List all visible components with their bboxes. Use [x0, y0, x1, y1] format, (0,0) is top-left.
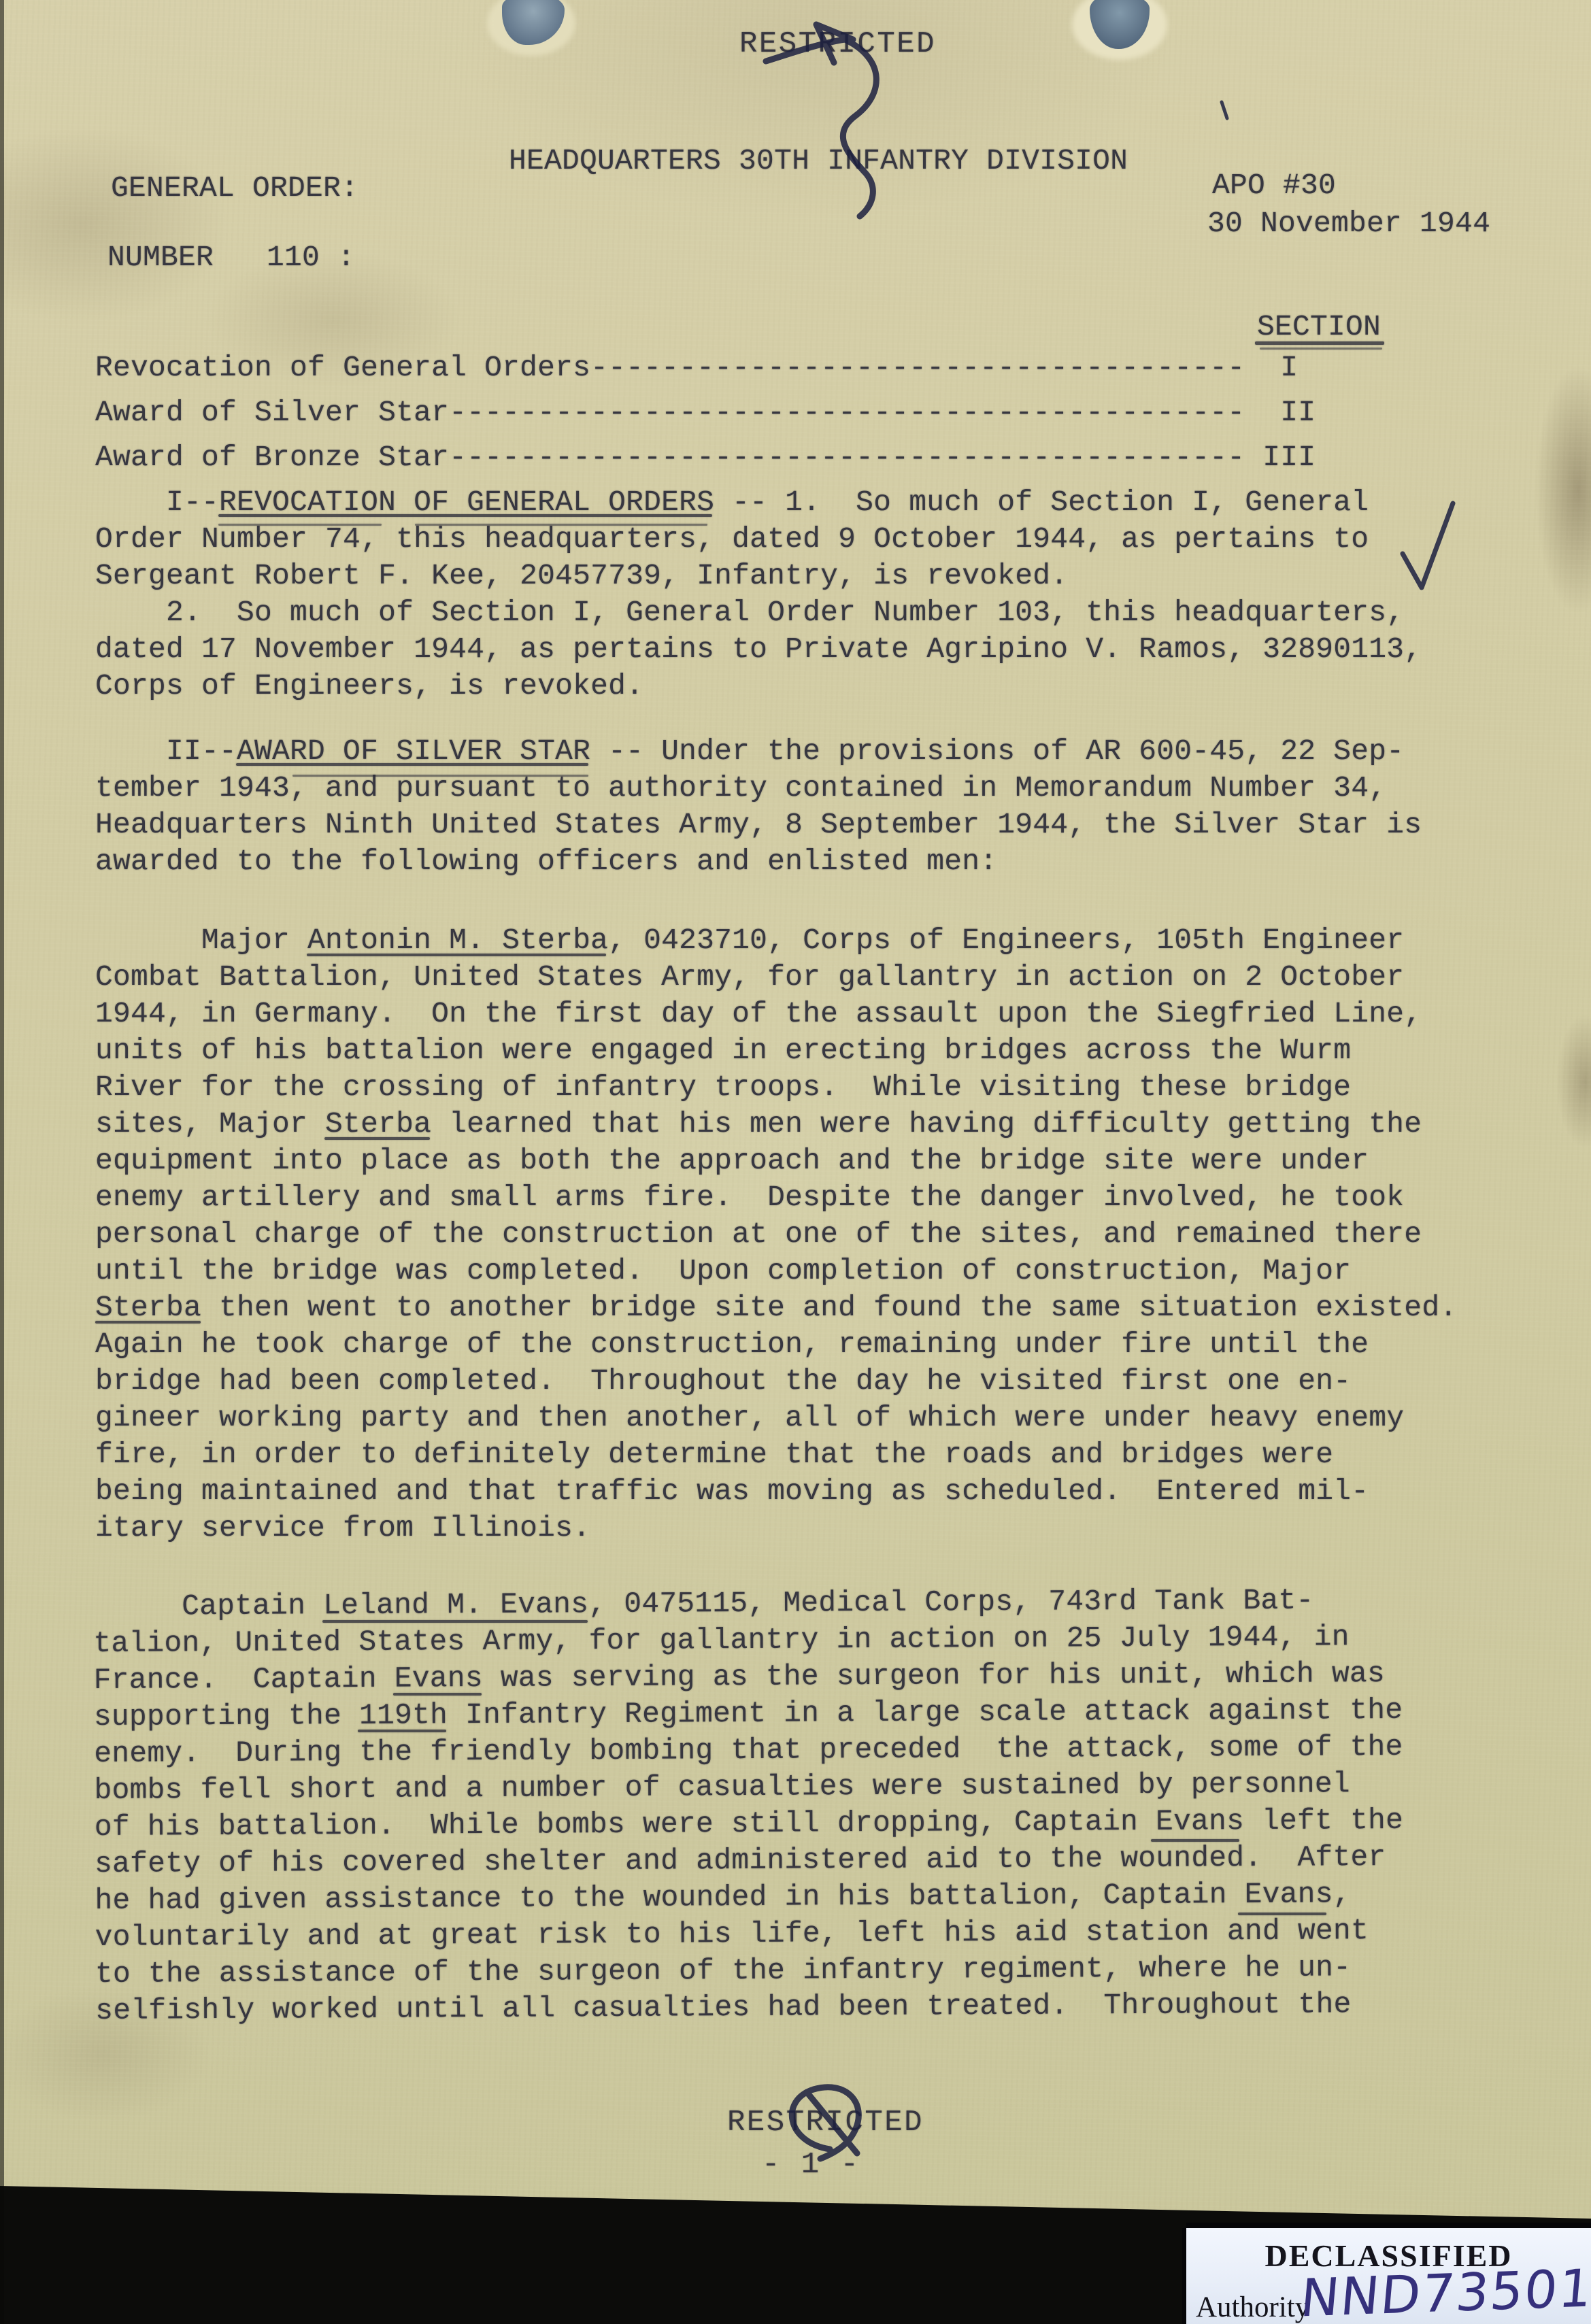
underline-mark: [1255, 341, 1384, 345]
toc-section-header: SECTION: [1257, 309, 1381, 346]
authority-label: Authority: [1196, 2291, 1309, 2324]
underline-mark: [322, 1620, 588, 1623]
apo-number: APO #30: [1212, 167, 1336, 204]
scan-left-edge: [0, 0, 4, 2324]
underline-mark: [307, 954, 606, 956]
citation-sterba-paragraph: Major Antonin M. Sterba, 0423710, Corps …: [95, 922, 1457, 1547]
order-date: 30 November 1944: [1207, 205, 1490, 242]
section-1-revocation-paragraph: I--REVOCATION OF GENERAL ORDERS -- 1. So…: [95, 484, 1422, 705]
underline-mark: [1151, 1839, 1239, 1842]
underline-mark: [95, 1321, 201, 1324]
general-order-label: GENERAL ORDER:: [111, 170, 358, 207]
underline-mark: [218, 524, 382, 526]
classification-top: RESTRICTED: [739, 26, 936, 63]
underline-mark: [1238, 1913, 1326, 1915]
scanned-document-page: RESTRICTED HEADQUARTERS 30TH INFANTRY DI…: [0, 0, 1591, 2324]
declassified-label: DECLASSIFIED Authority NND735017: [1186, 2228, 1591, 2324]
headquarters-title: HEADQUARTERS 30TH INFANTRY DIVISION: [509, 143, 1128, 180]
classification-bottom: RESTRICTED: [727, 2104, 924, 2141]
authority-number-handwritten: NND735017: [1298, 2256, 1591, 2324]
toc-rows: Revocation of General Orders------------…: [95, 346, 1316, 480]
underline-mark: [324, 1137, 430, 1140]
underline-mark: [415, 524, 707, 526]
underline-mark: [393, 1693, 482, 1696]
underline-mark: [236, 763, 588, 766]
citation-evans-paragraph: Captain Leland M. Evans, 0475115, Medica…: [93, 1582, 1405, 2030]
underline-mark: [358, 1730, 446, 1732]
underline-mark: [218, 514, 712, 517]
page-number: - 1 -: [762, 2146, 860, 2183]
order-number: NUMBER 110 :: [107, 239, 355, 276]
section-2-silver-star-intro: II--AWARD OF SILVER STAR -- Under the pr…: [95, 733, 1422, 880]
underline-mark: [292, 775, 588, 777]
